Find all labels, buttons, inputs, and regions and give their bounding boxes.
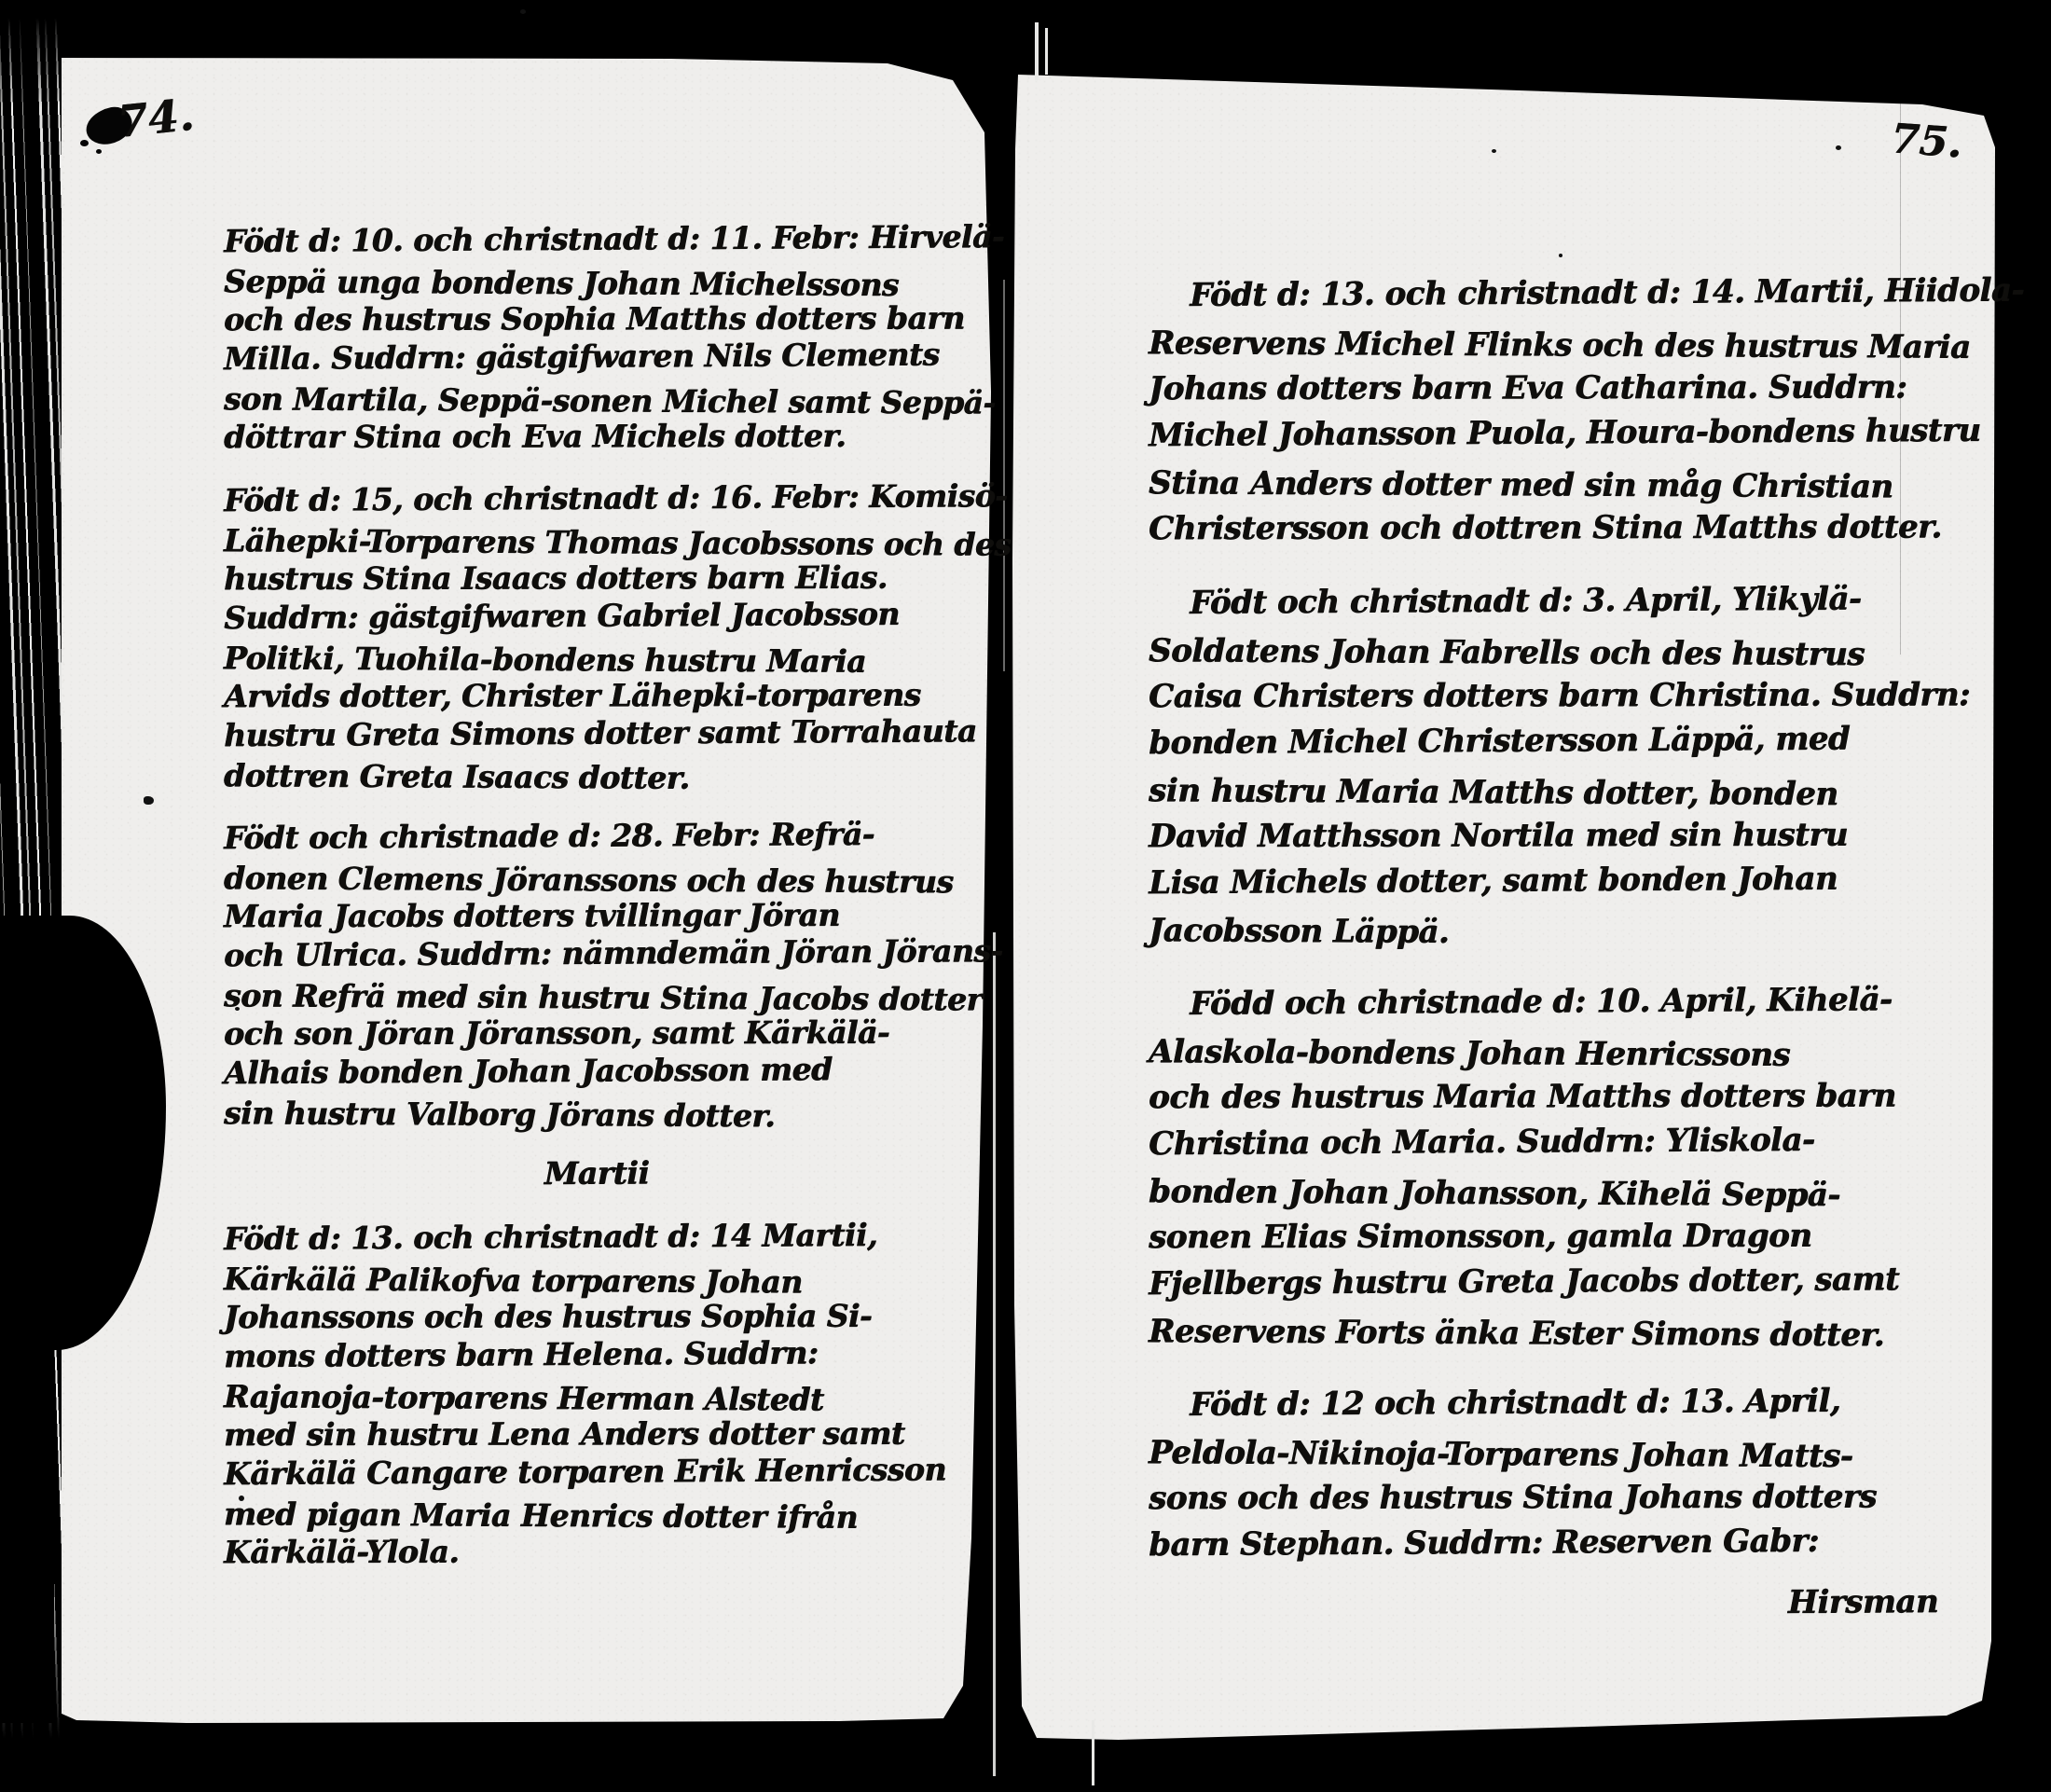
manuscript-line: Födt d: 13. och christnadt d: 14. Martii… xyxy=(1149,267,1992,319)
manuscript-line: och des hustrus Sophia Matths dotters ba… xyxy=(224,298,970,339)
manuscript-paragraph: Födt d: 13. och christnadt d: 14. Martii… xyxy=(1149,272,1992,552)
manuscript-line: sons och des hustrus Stina Johans dotter… xyxy=(1149,1473,1992,1522)
manuscript-line: Arvids dotter, Christer Lähepki-torparen… xyxy=(224,675,970,716)
ink-dot xyxy=(96,149,102,154)
page-number-74: 74. xyxy=(115,90,196,148)
manuscript-line: Christina och Maria. Suddrn: Yliskola- xyxy=(1149,1115,1992,1167)
manuscript-line: hustrus Stina Isaacs dotters barn Elias. xyxy=(224,558,970,599)
manuscript-line: döttrar Stina och Eva Michels dotter. xyxy=(224,416,970,457)
manuscript-line: mons dotters barn Helena. Suddrn: xyxy=(224,1332,970,1376)
manuscript-paragraph: Födt d: 13. och christnadt d: 14 Martii,… xyxy=(224,1220,970,1572)
manuscript-paragraph: Födt d: 10. och christnadt d: 11. Febr: … xyxy=(224,222,970,457)
ink-speck xyxy=(1492,149,1496,153)
top-page-edge-tick xyxy=(1035,22,1039,80)
manuscript-paragraph: Födt och christnade d: 28. Febr: Refrä-d… xyxy=(224,819,970,1132)
manuscript-line: Milla. Suddrn: gästgifwaren Nils Clement… xyxy=(224,335,970,379)
manuscript-paragraph: Hirsman xyxy=(1149,1583,1992,1630)
ink-dot xyxy=(80,140,89,146)
manuscript-line: sonen Elias Simonsson, gamla Dragon xyxy=(1149,1212,1992,1261)
manuscript-line: och son Jöran Jöransson, samt Kärkälä- xyxy=(224,1013,970,1054)
bottom-gutter-hairline xyxy=(1092,1720,1094,1785)
gutter-hairline-faint xyxy=(1003,280,1005,671)
manuscript-line: och des hustrus Maria Matths dotters bar… xyxy=(1149,1072,1992,1121)
manuscript-line: Caisa Christers dotters barn Christina. … xyxy=(1149,671,1992,720)
manuscript-line: Födt d: 12 och christnadt d: 13. April, xyxy=(1149,1376,1992,1428)
manuscript-line: Födt d: 13. och christnadt d: 14 Martii, xyxy=(224,1215,970,1259)
manuscript-line: Födt d: 10. och christnadt d: 11. Febr: … xyxy=(224,217,970,261)
manuscript-line: med sin hustru Lena Anders dotter samt xyxy=(224,1413,970,1454)
manuscript-line: Michel Johansson Puola, Houra-bondens hu… xyxy=(1149,407,1992,459)
manuscript-line: hustru Greta Simons dotter samt Torrahau… xyxy=(224,711,970,755)
manuscript-paragraph: Martii xyxy=(224,1156,970,1195)
manuscript-paragraph: Födt d: 15, och christnadt d: 16. Febr: … xyxy=(224,481,970,794)
manuscript-line: Martii xyxy=(224,1151,970,1195)
right-page-text: Födt d: 13. och christnadt d: 14. Martii… xyxy=(1149,272,1992,1658)
gutter-hairline xyxy=(993,932,996,1776)
manuscript-line: Född och christnade d: 10. April, Kihelä… xyxy=(1149,975,1992,1027)
manuscript-line: Hirsman xyxy=(1149,1578,1938,1630)
manuscript-line: Johanssons och des hustrus Sophia Si- xyxy=(224,1296,970,1337)
left-edge-shadow xyxy=(0,1287,54,1723)
manuscript-line: Alhais bonden Johan Jacobsson med xyxy=(224,1049,970,1093)
left-page-text: Födt d: 10. och christnadt d: 11. Febr: … xyxy=(224,222,970,1596)
manuscript-line: Jacobsson Läppä. xyxy=(1149,907,1992,958)
manuscript-line: Födt och christnade d: 28. Febr: Refrä- xyxy=(224,814,970,858)
manuscript-line: och Ulrica. Suddrn: nämndemän Jöran Jöra… xyxy=(224,931,970,975)
manuscript-line: Fjellbergs hustru Greta Jacobs dotter, s… xyxy=(1149,1255,1992,1307)
manuscript-line: bonden Michel Christersson Läppä, med xyxy=(1149,714,1992,766)
manuscript-line: Suddrn: gästgifwaren Gabriel Jacobsson xyxy=(224,594,970,638)
manuscript-line: Christersson och dottren Stina Matths do… xyxy=(1149,503,1992,552)
manuscript-line: Maria Jacobs dotters tvillingar Jöran xyxy=(224,895,970,936)
ink-speck xyxy=(1559,254,1562,257)
manuscript-line: Johans dotters barn Eva Catharina. Suddr… xyxy=(1149,364,1992,412)
manuscript-line: sin hustru Valborg Jörans dotter. xyxy=(224,1094,970,1137)
manuscript-line: dottren Greta Isaacs dotter. xyxy=(224,756,970,799)
top-page-edge-tick xyxy=(1045,28,1048,75)
manuscript-paragraph: Födt d: 12 och christnadt d: 13. April,P… xyxy=(1149,1382,1992,1568)
ink-speck xyxy=(520,9,526,14)
manuscript-line: barn Stephan. Suddrn: Reserven Gabr: xyxy=(1149,1516,1992,1568)
manuscript-paragraph: Födt och christnadt d: 3. April, Ylikylä… xyxy=(1149,580,1992,953)
manuscript-line: Kärkälä Cangare torparen Erik Henricsson xyxy=(224,1450,970,1494)
manuscript-line: David Matthsson Nortila med sin hustru xyxy=(1149,811,1992,860)
ink-speck xyxy=(1836,145,1841,150)
manuscript-line: Födt d: 15, och christnadt d: 16. Febr: … xyxy=(224,476,970,520)
manuscript-paragraph: Född och christnade d: 10. April, Kihelä… xyxy=(1149,981,1992,1354)
scanned-register-spread: 74. 75. Födt d: 10. och christnadt d: 11… xyxy=(0,0,2051,1792)
manuscript-line: Lisa Michels dotter, samt bonden Johan xyxy=(1149,854,1992,906)
manuscript-line: Kärkälä-Ylola. xyxy=(224,1531,970,1572)
manuscript-line: Reservens Forts änka Ester Simons dotter… xyxy=(1149,1308,1992,1359)
ink-speck xyxy=(144,796,154,805)
manuscript-line: Födt och christnadt d: 3. April, Ylikylä… xyxy=(1149,574,1992,627)
